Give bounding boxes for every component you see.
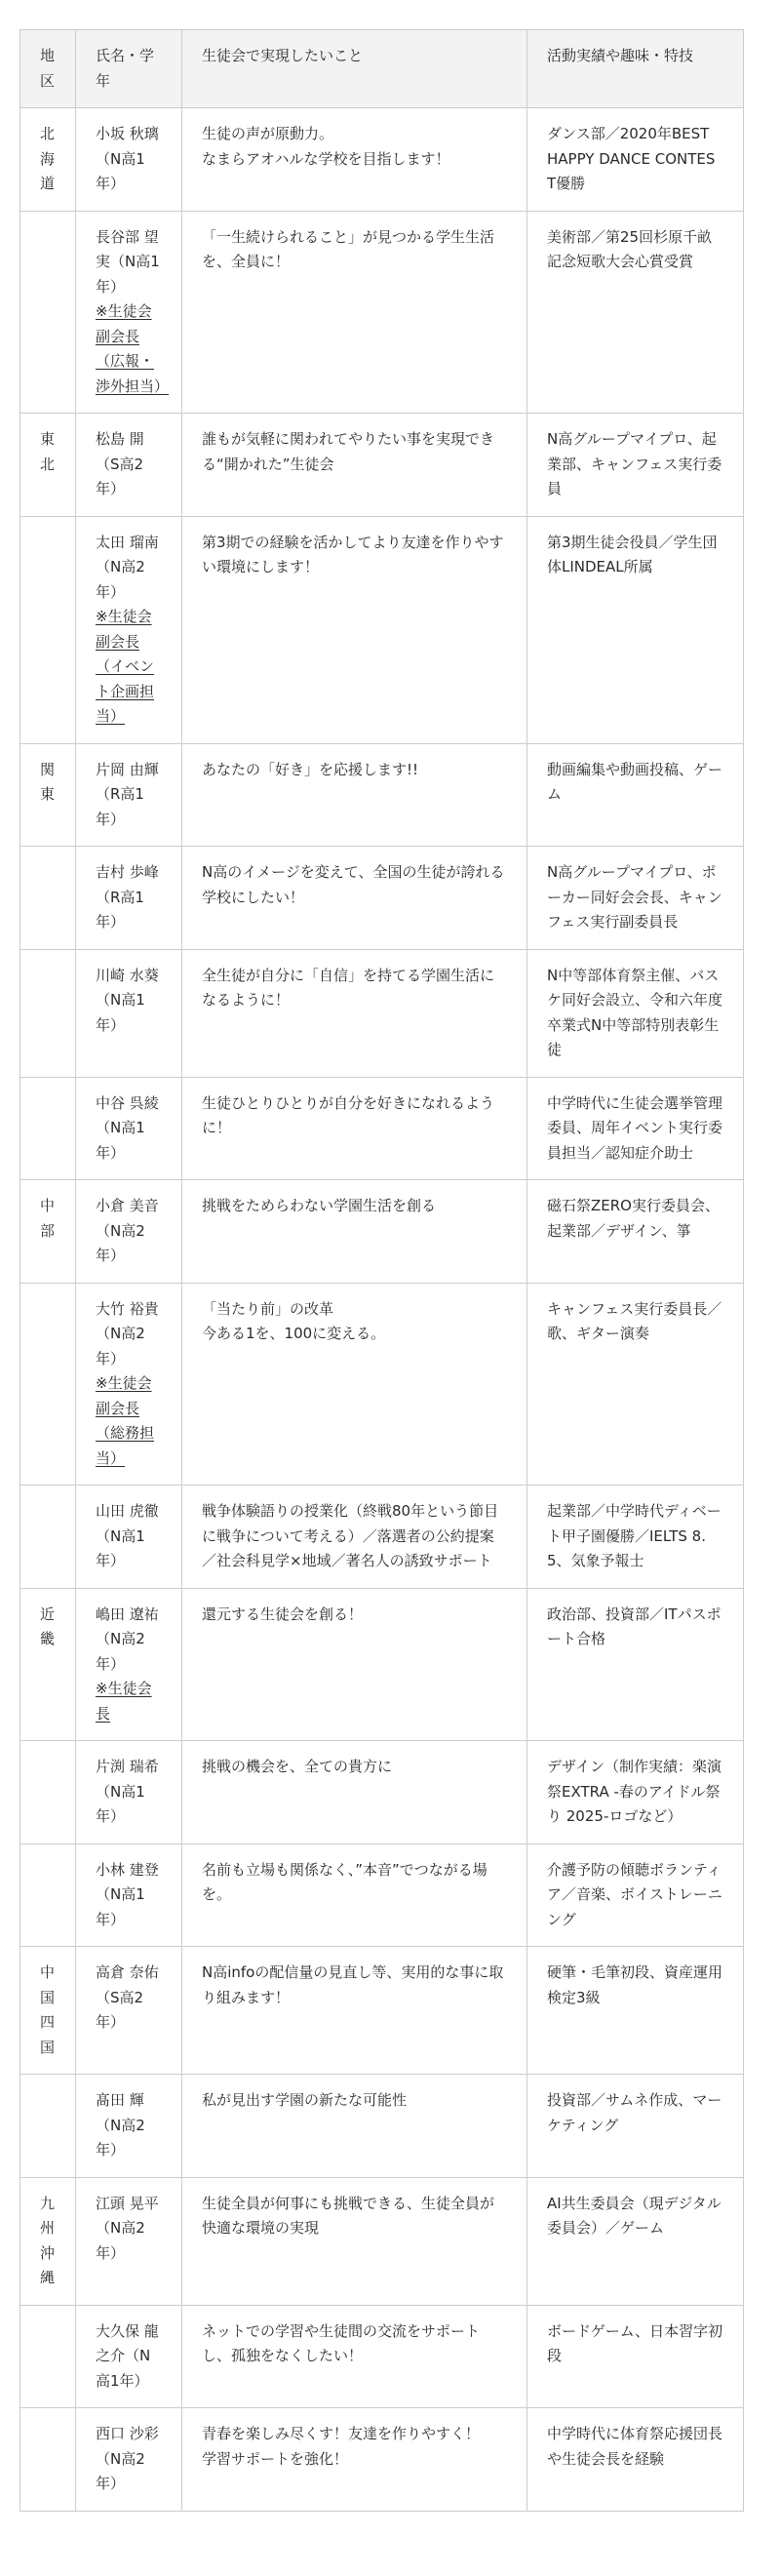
region-cell xyxy=(20,516,76,743)
role-link[interactable]: ※生徒会長 xyxy=(96,1677,162,1726)
goal-cell: 生徒全員が何事にも挑戦できる、生徒全員が快適な環境の実現 xyxy=(182,2177,527,2305)
region-text: 東北 xyxy=(40,430,55,473)
table-row: 髙田 輝（N高2年） 私が見出す学園の新たな可能性 投資部／サムネ作成、マーケテ… xyxy=(20,2075,744,2178)
region-cell: 中部 xyxy=(20,1180,76,1284)
header-goal: 生徒会で実現したいこと xyxy=(182,30,527,108)
goal-text: 挑戦をためらわない学園生活を創る xyxy=(202,1197,436,1214)
goal-cell: あなたの「好き」を応援します!! xyxy=(182,743,527,847)
student-name: 高倉 奈佑（S高2年） xyxy=(96,1961,162,2036)
name-cell: 嶋田 遼祐（N高2年）※生徒会長 xyxy=(76,1588,182,1741)
name-cell: 吉村 歩峰（R高1年） xyxy=(76,847,182,950)
goal-text: 第3期での経験を活かしてより友達を作りやすい環境にします！ xyxy=(202,534,504,576)
student-name: 小坂 秋璃（N高1年） xyxy=(96,122,162,197)
goal-cell: 誰もが気軽に関われてやりたい事を実現できる“開かれた”生徒会 xyxy=(182,414,527,517)
activities-cell: 動画編集や動画投稿、ゲーム xyxy=(527,743,744,847)
activities-cell: N中等部体育祭主催、バスケ同好会設立、令和六年度卒業式N中等部特別表彰生徒 xyxy=(527,949,744,1077)
activities-cell: 投資部／サムネ作成、マーケティング xyxy=(527,2075,744,2178)
goal-cell: 挑戦をためらわない学園生活を創る xyxy=(182,1180,527,1284)
region-text: 関東 xyxy=(40,761,55,804)
goal-text: 戦争体験語りの授業化（終戦80年という節目に戦争について考える）／落選者の公約提… xyxy=(202,1502,498,1569)
header-activities: 活動実績や趣味・特技 xyxy=(527,30,744,108)
name-cell: 松島 開（S高2年） xyxy=(76,414,182,517)
student-name: 山田 虎徹（N高1年） xyxy=(96,1499,162,1574)
activities-text: 投資部／サムネ作成、マーケティング xyxy=(547,2091,721,2134)
goal-text: 全生徒が自分に「自信」を持てる学園生活になるように！ xyxy=(202,967,494,1010)
table-row: 小林 建登（N高1年） 名前も立場も関係なく、”本音”でつながる場を。 介護予防… xyxy=(20,1843,744,1947)
header-region: 地区 xyxy=(20,30,76,108)
goal-text: あなたの「好き」を応援します!! xyxy=(202,761,418,778)
goal-text: 生徒全員が何事にも挑戦できる、生徒全員が快適な環境の実現 xyxy=(202,2195,494,2238)
activities-text: N高グループマイプロ、ポーカー同好会会長、キャンフェス実行副委員長 xyxy=(547,863,722,931)
goal-cell: 挑戦の機会を、全ての貴方に xyxy=(182,1741,527,1844)
activities-text: 介護予防の傾聴ボランティア／音楽、ボイストレーニング xyxy=(547,1861,722,1928)
activities-cell: 起業部／中学時代ディベート甲子園優勝／IELTS 8.5、気象予報士 xyxy=(527,1486,744,1589)
table-row: 近畿 嶋田 遼祐（N高2年）※生徒会長 還元する生徒会を創る！ 政治部、投資部／… xyxy=(20,1588,744,1741)
region-cell: 近畿 xyxy=(20,1588,76,1741)
region-cell: 九州沖縄 xyxy=(20,2177,76,2305)
region-cell: 北海道 xyxy=(20,108,76,212)
goal-cell: 戦争体験語りの授業化（終戦80年という節目に戦争について考える）／落選者の公約提… xyxy=(182,1486,527,1589)
region-cell: 東北 xyxy=(20,414,76,517)
region-cell xyxy=(20,2305,76,2408)
region-cell xyxy=(20,2075,76,2178)
table-row: 山田 虎徹（N高1年） 戦争体験語りの授業化（終戦80年という節目に戦争について… xyxy=(20,1486,744,1589)
header-row: 地区 氏名・学年 生徒会で実現したいこと 活動実績や趣味・特技 xyxy=(20,30,744,108)
goal-cell: ネットでの学習や生徒間の交流をサポートし、孤独をなくしたい！ xyxy=(182,2305,527,2408)
activities-cell: N高グループマイプロ、起業部、キャンフェス実行委員 xyxy=(527,414,744,517)
activities-text: N中等部体育祭主催、バスケ同好会設立、令和六年度卒業式N中等部特別表彰生徒 xyxy=(547,967,722,1059)
role-link[interactable]: ※生徒会副会長（広報・渉外担当） xyxy=(96,299,162,399)
name-cell: 山田 虎徹（N高1年） xyxy=(76,1486,182,1589)
activities-text: AI共生委員会（現デジタル委員会）／ゲーム xyxy=(547,2195,721,2238)
activities-text: N高グループマイプロ、起業部、キャンフェス実行委員 xyxy=(547,430,721,497)
region-cell xyxy=(20,949,76,1077)
region-cell xyxy=(20,211,76,414)
activities-cell: 中学時代に生徒会選挙管理委員、周年イベント実行委員担当／認知症介助士 xyxy=(527,1077,744,1180)
region-cell: 関東 xyxy=(20,743,76,847)
activities-text: キャンフェス実行委員長／歌、ギター演奏 xyxy=(547,1300,721,1343)
activities-cell: AI共生委員会（現デジタル委員会）／ゲーム xyxy=(527,2177,744,2305)
goal-text: N高のイメージを変えて、全国の生徒が誇れる学校にしたい！ xyxy=(202,863,504,906)
goal-text: 誰もが気軽に関われてやりたい事を実現できる“開かれた”生徒会 xyxy=(202,430,494,473)
activities-text: 政治部、投資部／ITパスポート合格 xyxy=(547,1605,721,1648)
role-link[interactable]: ※生徒会副会長（総務担当） xyxy=(96,1371,162,1471)
activities-cell: 磁石祭ZERO実行委員会、起業部／デザイン、箏 xyxy=(527,1180,744,1284)
goal-cell: 「一生続けられること」が見つかる学生生活を、全員に！ xyxy=(182,211,527,414)
name-cell: 小林 建登（N高1年） xyxy=(76,1843,182,1947)
table-row: 大久保 龍之介（N高1年） ネットでの学習や生徒間の交流をサポートし、孤独をなく… xyxy=(20,2305,744,2408)
table-row: 中国四国 高倉 奈佑（S高2年） N高infoの配信量の見直し等、実用的な事に取… xyxy=(20,1947,744,2075)
name-cell: 髙田 輝（N高2年） xyxy=(76,2075,182,2178)
name-cell: 高倉 奈佑（S高2年） xyxy=(76,1947,182,2075)
activities-text: ボードゲーム、日本習字初段 xyxy=(547,2322,722,2365)
region-text: 中国四国 xyxy=(40,1963,55,2056)
student-name: 吉村 歩峰（R高1年） xyxy=(96,860,162,935)
activities-cell: 美術部／第25回杉原千畝記念短歌大会心賞受賞 xyxy=(527,211,744,414)
region-cell xyxy=(20,2408,76,2512)
student-name: 中谷 呉綾（N高1年） xyxy=(96,1091,162,1167)
activities-text: 中学時代に生徒会選挙管理委員、周年イベント実行委員担当／認知症介助士 xyxy=(547,1094,722,1162)
activities-cell: 介護予防の傾聴ボランティア／音楽、ボイストレーニング xyxy=(527,1843,744,1947)
activities-cell: 中学時代に体育祭応援団長や生徒会長を経験 xyxy=(527,2408,744,2512)
name-cell: 大久保 龍之介（N高1年） xyxy=(76,2305,182,2408)
activities-text: 美術部／第25回杉原千畝記念短歌大会心賞受賞 xyxy=(547,228,712,271)
goal-text: ネットでの学習や生徒間の交流をサポートし、孤独をなくしたい！ xyxy=(202,2322,480,2365)
goal-text: 名前も立場も関係なく、”本音”でつながる場を。 xyxy=(202,1861,487,1904)
role-link[interactable]: ※生徒会副会長（イベント企画担当） xyxy=(96,605,162,730)
student-name: 江頭 晃平（N高2年） xyxy=(96,2192,162,2267)
goal-cell: 生徒ひとりひとりが自分を好きになれるように！ xyxy=(182,1077,527,1180)
goal-text: 私が見出す学園の新たな可能性 xyxy=(202,2091,407,2109)
name-cell: 大竹 裕貴（N高2年）※生徒会副会長（総務担当） xyxy=(76,1283,182,1486)
student-name: 大久保 龍之介（N高1年） xyxy=(96,2319,162,2395)
student-name: 大竹 裕貴（N高2年） xyxy=(96,1297,162,1372)
candidate-table: 地区 氏名・学年 生徒会で実現したいこと 活動実績や趣味・特技 北海道 小坂 秋… xyxy=(19,29,744,2512)
region-text: 九州沖縄 xyxy=(40,2195,55,2287)
region-cell xyxy=(20,1486,76,1589)
activities-text: 磁石祭ZERO実行委員会、起業部／デザイン、箏 xyxy=(547,1197,720,1240)
region-cell xyxy=(20,1741,76,1844)
table-row: 川崎 水葵（N高1年） 全生徒が自分に「自信」を持てる学園生活になるように！ N… xyxy=(20,949,744,1077)
student-name: 片岡 由輝（R高1年） xyxy=(96,758,162,833)
activities-text: デザイン（制作実績：楽演祭EXTRA -春のアイドル祭り 2025-ロゴなど） xyxy=(547,1758,721,1825)
goal-text: 生徒ひとりひとりが自分を好きになれるように！ xyxy=(202,1094,494,1137)
goal-cell: 第3期での経験を活かしてより友達を作りやすい環境にします！ xyxy=(182,516,527,743)
activities-text: 第3期生徒会役員／学生団体LINDEAL所属 xyxy=(547,534,718,576)
table-row: 長谷部 望実（N高1年）※生徒会副会長（広報・渉外担当） 「一生続けられること」… xyxy=(20,211,744,414)
goal-cell: 名前も立場も関係なく、”本音”でつながる場を。 xyxy=(182,1843,527,1947)
activities-cell: ボードゲーム、日本習字初段 xyxy=(527,2305,744,2408)
student-name: 嶋田 遼祐（N高2年） xyxy=(96,1603,162,1678)
name-cell: 中谷 呉綾（N高1年） xyxy=(76,1077,182,1180)
region-text: 中部 xyxy=(40,1197,55,1240)
student-name: 西口 沙彩（N高2年） xyxy=(96,2422,162,2497)
name-cell: 片岡 由輝（R高1年） xyxy=(76,743,182,847)
region-cell xyxy=(20,1283,76,1486)
table-row: 大竹 裕貴（N高2年）※生徒会副会長（総務担当） 「当たり前」の改革 今ある1を… xyxy=(20,1283,744,1486)
student-name: 小林 建登（N高1年） xyxy=(96,1858,162,1933)
student-name: 太田 瑠南（N高2年） xyxy=(96,531,162,606)
goal-cell: 青春を楽しみ尽くす！友達を作りやすく！ 学習サポートを強化！ xyxy=(182,2408,527,2512)
goal-text: 青春を楽しみ尽くす！友達を作りやすく！ 学習サポートを強化！ xyxy=(202,2425,480,2468)
table-row: 中谷 呉綾（N高1年） 生徒ひとりひとりが自分を好きになれるように！ 中学時代に… xyxy=(20,1077,744,1180)
goal-cell: 生徒の声が原動力。 なまらアオハルな学校を目指します！ xyxy=(182,108,527,212)
student-name: 小倉 美音（N高2年） xyxy=(96,1194,162,1269)
activities-cell: N高グループマイプロ、ポーカー同好会会長、キャンフェス実行副委員長 xyxy=(527,847,744,950)
student-name: 松島 開（S高2年） xyxy=(96,427,162,502)
goal-text: 生徒の声が原動力。 なまらアオハルな学校を目指します！ xyxy=(202,125,450,168)
table-row: 西口 沙彩（N高2年） 青春を楽しみ尽くす！友達を作りやすく！ 学習サポートを強… xyxy=(20,2408,744,2512)
activities-cell: デザイン（制作実績：楽演祭EXTRA -春のアイドル祭り 2025-ロゴなど） xyxy=(527,1741,744,1844)
goal-text: 「一生続けられること」が見つかる学生生活を、全員に！ xyxy=(202,228,494,271)
goal-cell: N高infoの配信量の見直し等、実用的な事に取り組みます！ xyxy=(182,1947,527,2075)
goal-cell: N高のイメージを変えて、全国の生徒が誇れる学校にしたい！ xyxy=(182,847,527,950)
region-cell: 中国四国 xyxy=(20,1947,76,2075)
student-name: 片渕 瑞希（N高1年） xyxy=(96,1755,162,1830)
candidate-table-container: 地区 氏名・学年 生徒会で実現したいこと 活動実績や趣味・特技 北海道 小坂 秋… xyxy=(19,29,743,2512)
goal-text: 還元する生徒会を創る！ xyxy=(202,1605,363,1623)
table-row: 北海道 小坂 秋璃（N高1年） 生徒の声が原動力。 なまらアオハルな学校を目指し… xyxy=(20,108,744,212)
goal-text: N高infoの配信量の見直し等、実用的な事に取り組みます！ xyxy=(202,1963,503,2006)
activities-cell: 硬筆・毛筆初段、資産運用検定3級 xyxy=(527,1947,744,2075)
table-row: 九州沖縄 江頭 晃平（N高2年） 生徒全員が何事にも挑戦できる、生徒全員が快適な… xyxy=(20,2177,744,2305)
table-row: 東北 松島 開（S高2年） 誰もが気軽に関われてやりたい事を実現できる“開かれた… xyxy=(20,414,744,517)
activities-text: 中学時代に体育祭応援団長や生徒会長を経験 xyxy=(547,2425,722,2468)
activities-cell: ダンス部／2020年BEST HAPPY DANCE CONTEST優勝 xyxy=(527,108,744,212)
table-body: 北海道 小坂 秋璃（N高1年） 生徒の声が原動力。 なまらアオハルな学校を目指し… xyxy=(20,108,744,2512)
activities-text: 起業部／中学時代ディベート甲子園優勝／IELTS 8.5、気象予報士 xyxy=(547,1502,721,1569)
goal-text: 「当たり前」の改革 今ある1を、100に変える。 xyxy=(202,1300,385,1343)
student-name: 川崎 水葵（N高1年） xyxy=(96,964,162,1039)
activities-cell: 政治部、投資部／ITパスポート合格 xyxy=(527,1588,744,1741)
goal-text: 挑戦の機会を、全ての貴方に xyxy=(202,1758,392,1775)
student-name: 髙田 輝（N高2年） xyxy=(96,2088,162,2163)
name-cell: 川崎 水葵（N高1年） xyxy=(76,949,182,1077)
activities-cell: キャンフェス実行委員長／歌、ギター演奏 xyxy=(527,1283,744,1486)
student-name: 長谷部 望実（N高1年） xyxy=(96,225,162,300)
goal-cell: 「当たり前」の改革 今ある1を、100に変える。 xyxy=(182,1283,527,1486)
name-cell: 江頭 晃平（N高2年） xyxy=(76,2177,182,2305)
table-row: 片渕 瑞希（N高1年） 挑戦の機会を、全ての貴方に デザイン（制作実績：楽演祭E… xyxy=(20,1741,744,1844)
region-text: 近畿 xyxy=(40,1605,55,1648)
activities-cell: 第3期生徒会役員／学生団体LINDEAL所属 xyxy=(527,516,744,743)
name-cell: 小坂 秋璃（N高1年） xyxy=(76,108,182,212)
goal-cell: 私が見出す学園の新たな可能性 xyxy=(182,2075,527,2178)
region-cell xyxy=(20,1843,76,1947)
activities-text: 硬筆・毛筆初段、資産運用検定3級 xyxy=(547,1963,722,2006)
header-name: 氏名・学年 xyxy=(76,30,182,108)
name-cell: 西口 沙彩（N高2年） xyxy=(76,2408,182,2512)
name-cell: 小倉 美音（N高2年） xyxy=(76,1180,182,1284)
region-cell xyxy=(20,847,76,950)
goal-cell: 還元する生徒会を創る！ xyxy=(182,1588,527,1741)
table-row: 関東 片岡 由輝（R高1年） あなたの「好き」を応援します!! 動画編集や動画投… xyxy=(20,743,744,847)
name-cell: 長谷部 望実（N高1年）※生徒会副会長（広報・渉外担当） xyxy=(76,211,182,414)
table-header: 地区 氏名・学年 生徒会で実現したいこと 活動実績や趣味・特技 xyxy=(20,30,744,108)
table-row: 太田 瑠南（N高2年）※生徒会副会長（イベント企画担当） 第3期での経験を活かし… xyxy=(20,516,744,743)
table-row: 中部 小倉 美音（N高2年） 挑戦をためらわない学園生活を創る 磁石祭ZERO実… xyxy=(20,1180,744,1284)
goal-cell: 全生徒が自分に「自信」を持てる学園生活になるように！ xyxy=(182,949,527,1077)
region-text: 北海道 xyxy=(40,125,55,192)
name-cell: 太田 瑠南（N高2年）※生徒会副会長（イベント企画担当） xyxy=(76,516,182,743)
table-row: 吉村 歩峰（R高1年） N高のイメージを変えて、全国の生徒が誇れる学校にしたい！… xyxy=(20,847,744,950)
activities-text: 動画編集や動画投稿、ゲーム xyxy=(547,761,722,804)
name-cell: 片渕 瑞希（N高1年） xyxy=(76,1741,182,1844)
activities-text: ダンス部／2020年BEST HAPPY DANCE CONTEST優勝 xyxy=(547,125,715,192)
region-cell xyxy=(20,1077,76,1180)
